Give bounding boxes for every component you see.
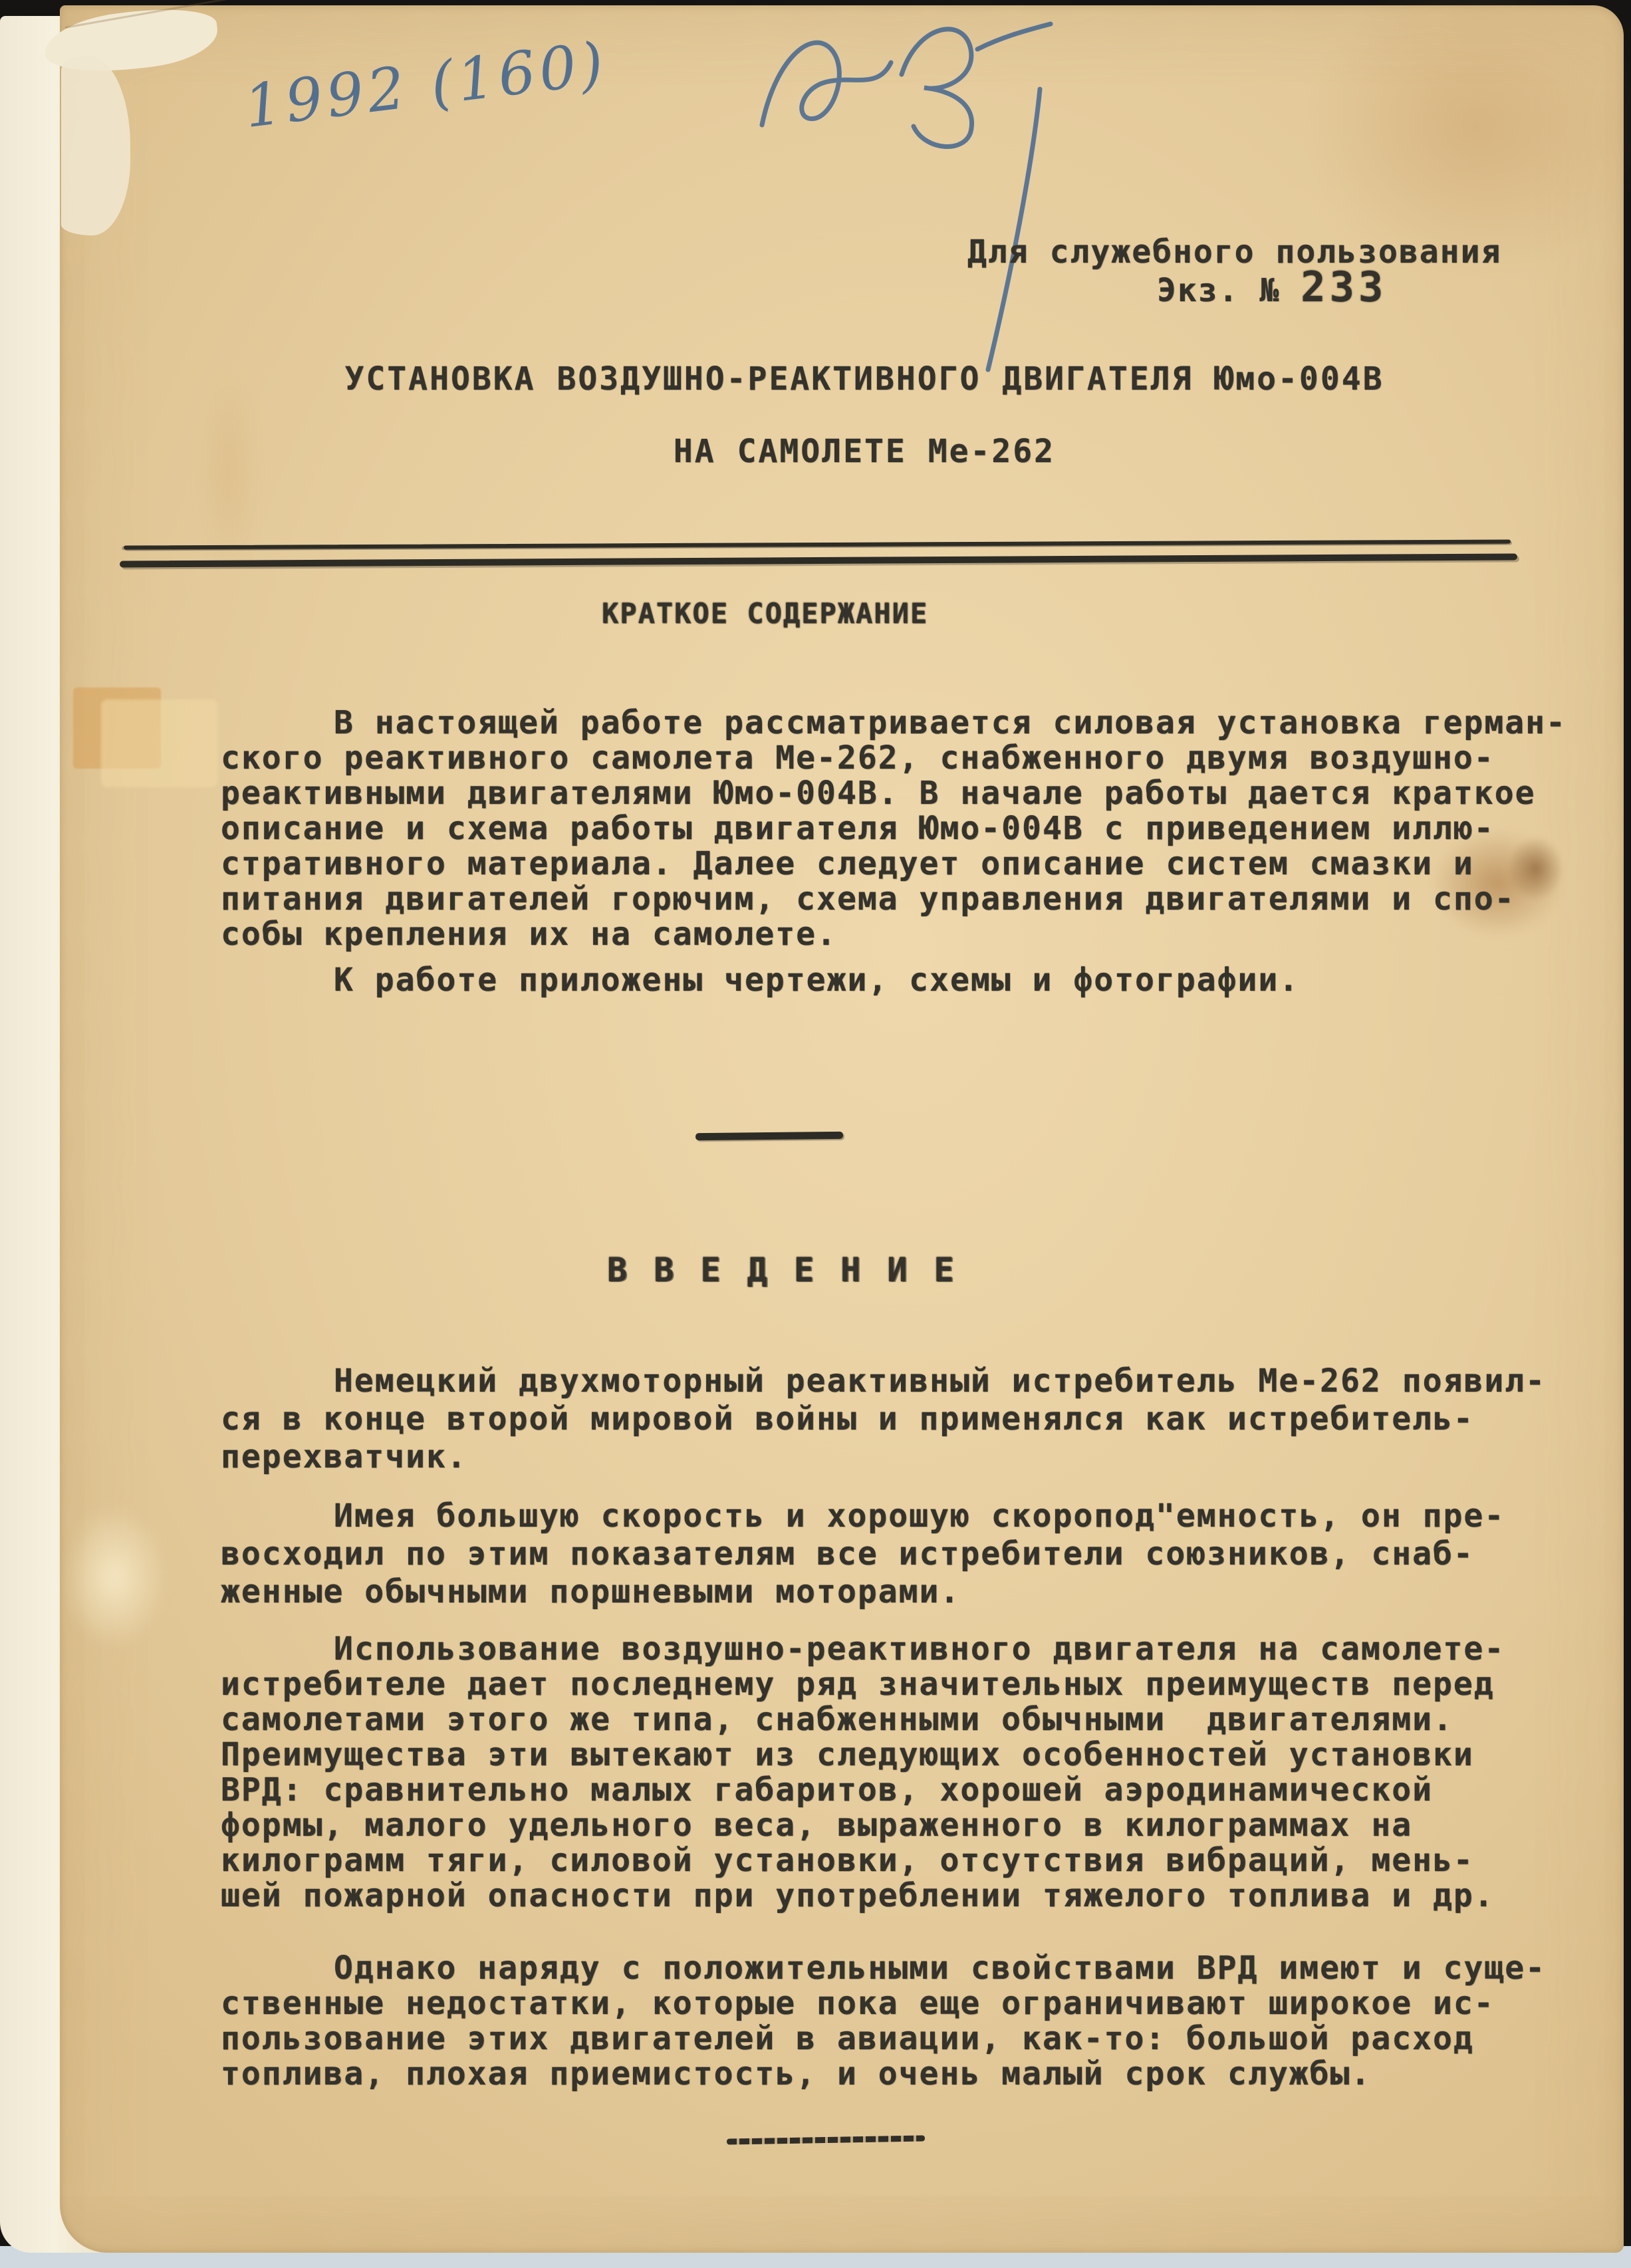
intro-para3-line: самолетами этого же типа, снабженными об… (221, 1701, 1453, 1738)
intro-para3-line: истребителе дает последнему ряд значител… (221, 1666, 1495, 1703)
summary-para1-line: питания двигателей горючим, схема управл… (221, 881, 1515, 918)
document-title-line2: НА САМОЛЕТЕ Ме-262 (173, 434, 1556, 470)
copy-number-value: 233 (1301, 263, 1387, 311)
intro-para1-line: Немецкий двухмоторный реактивный истреби… (221, 1363, 1546, 1400)
summary-para1-line: стративного материала. Далее следует опи… (221, 846, 1474, 882)
paper-stain (61, 1504, 168, 1650)
intro-para3-line: Использование воздушно-реактивного двига… (221, 1631, 1505, 1668)
intro-para3-line: Преимущества эти вытекают из следующих о… (221, 1737, 1474, 1773)
summary-heading: КРАТКОЕ СОДЕРЖАНИЕ (602, 595, 928, 632)
summary-para1-line: описание и схема работы двигателя Юмо-00… (221, 811, 1495, 847)
copy-number-label: Экз. № (1157, 272, 1301, 309)
summary-para1-line: собы крепления их на самолете. (221, 916, 837, 953)
intro-para1-line: перехватчик. (221, 1439, 467, 1475)
copy-number-line: Экз. № 233 (1157, 269, 1387, 309)
intro-para1-line: ся в конце второй мировой войны и примен… (221, 1401, 1474, 1438)
intro-para2-line: Имея большую скорость и хорошую скоропод… (221, 1498, 1505, 1535)
document-title-line1: УСТАНОВКА ВОЗДУШНО-РЕАКТИВНОГО ДВИГАТЕЛЯ… (173, 361, 1556, 398)
summary-para1-line: В настоящей работе рассматривается силов… (221, 705, 1567, 741)
summary-para1-line: ского реактивного самолета Ме-262, снабж… (221, 740, 1495, 777)
scanned-document: 1992 (160) Для служебного пользования Эк… (0, 0, 1631, 2268)
paper-stain (1508, 836, 1564, 900)
classification-stamp: Для служебного пользования (967, 234, 1501, 271)
intro-para4-line: пользование этих двигателей в авиации, к… (221, 2021, 1474, 2057)
intro-para3-line: ВРД: сравнительно малых габаритов, хорош… (221, 1772, 1433, 1809)
intro-para2-line: восходил по этим показателям все истреби… (221, 1536, 1474, 1573)
section-divider (695, 1132, 843, 1140)
intro-para3-line: формы, малого удельного веса, выраженног… (221, 1807, 1412, 1844)
intro-para4-line: топлива, плохая приемистость, и очень ма… (221, 2056, 1371, 2092)
intro-para3-line: шей пожарной опасности при употреблении … (221, 1878, 1495, 1914)
summary-para1-line: реактивными двигателями Юмо-004В. В нача… (221, 775, 1536, 812)
introduction-heading: В В Е Д Е Н И Е (607, 1252, 957, 1289)
intro-para4-line: Однако наряду с положительными свойствам… (221, 1950, 1546, 1987)
intro-para2-line: женные обычными поршневыми моторами. (221, 1574, 960, 1610)
paper-stain (199, 372, 259, 572)
intro-para4-line: ственные недостатки, которые пока еще ог… (221, 1985, 1495, 2022)
handwritten-signature (750, 11, 1063, 383)
intro-para3-line: килограмм тяги, силовой установки, отсут… (221, 1842, 1474, 1879)
tape-remnant (101, 699, 218, 787)
summary-para2-line: К работе приложены чертежи, схемы и фото… (221, 962, 1299, 999)
